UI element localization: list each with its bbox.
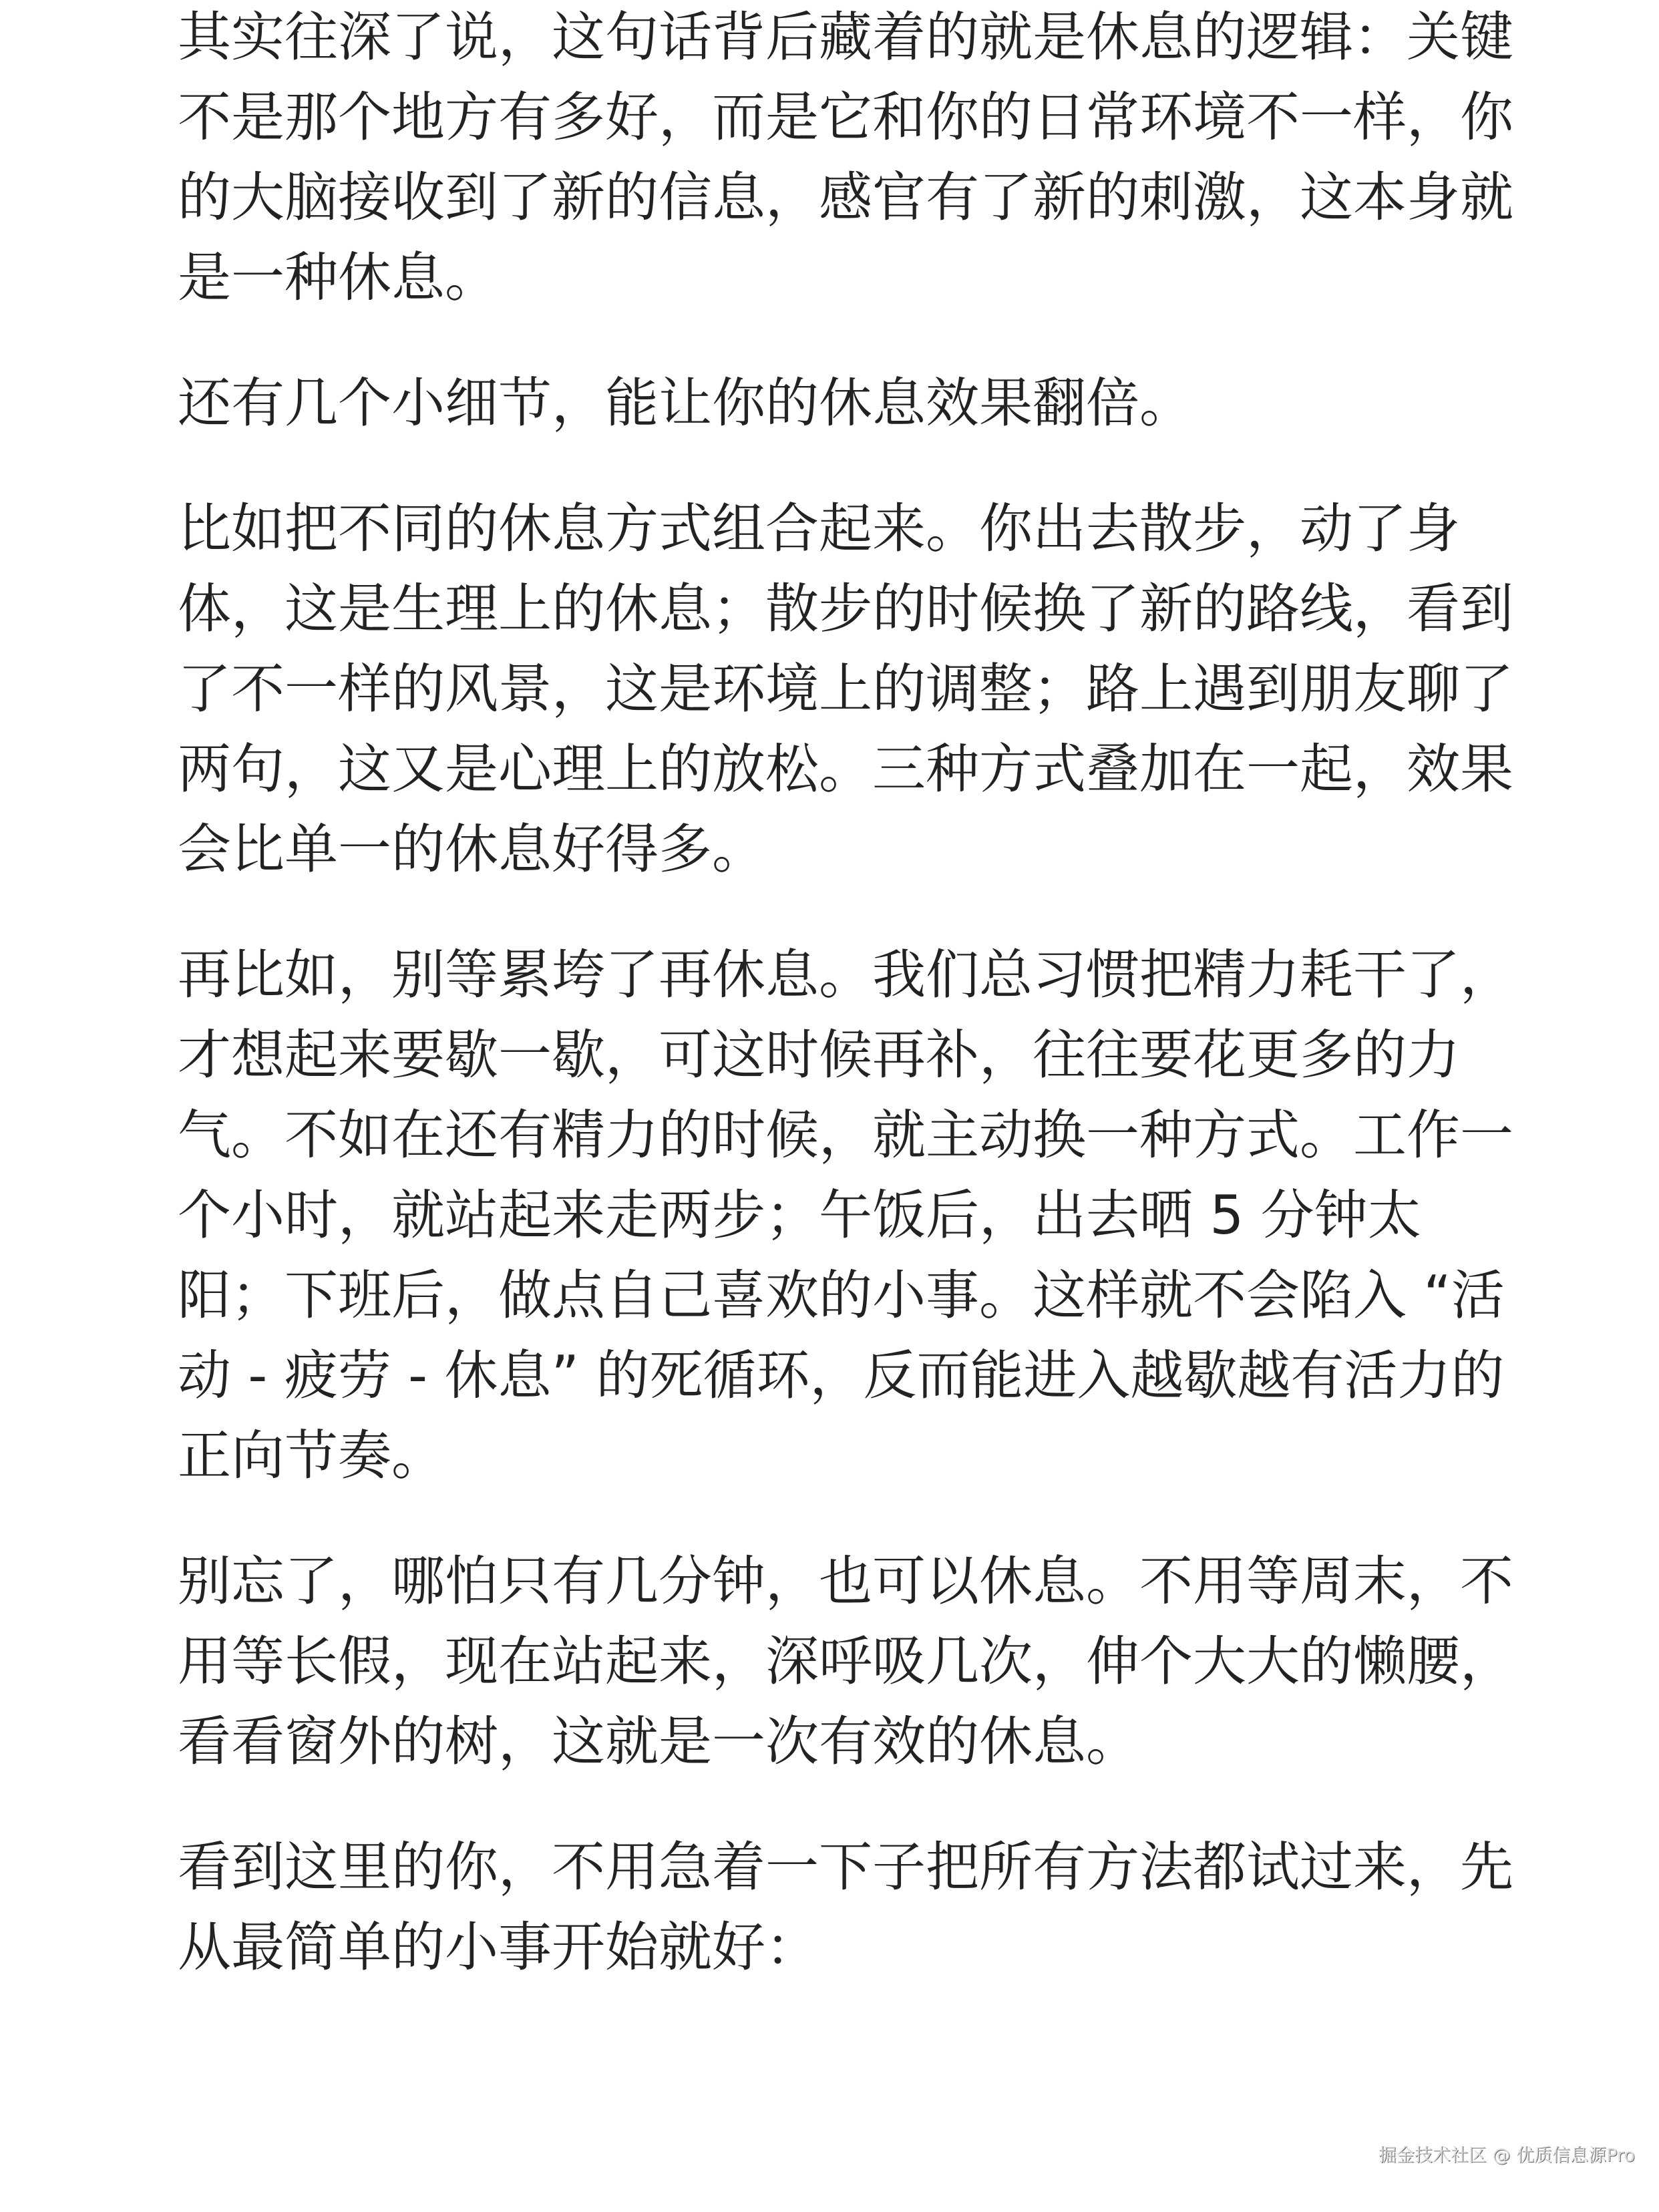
text-line: 会比单一的休息好得多。 [178, 809, 1520, 890]
text-line: 比如把不同的休息方式组合起来。你出去散步，动了身 [178, 489, 1520, 569]
text-line: 了不一样的风景，这是环境上的调整；路上遇到朋友聊了 [178, 649, 1520, 729]
text-line: 个小时，就站起来走两步；午饭后，出去晒 5 分钟太 [178, 1175, 1520, 1256]
text-line: 才想起来要歇一歇，可这时候再补，往往要花更多的力 [178, 1015, 1520, 1095]
text-line: 别忘了，哪怕只有几分钟，也可以休息。不用等周末，不 [178, 1541, 1520, 1622]
article-body: 其实往深了说，这句话背后藏着的就是休息的逻辑：关键 不是那个地方有多好，而是它和… [178, 0, 1520, 2033]
text-line: 看到这里的你，不用急着一下子把所有方法都试过来，先 [178, 1827, 1520, 1907]
text-line: 两句，这又是心理上的放松。三种方式叠加在一起，效果 [178, 729, 1520, 809]
paragraph-rest-logic: 其实往深了说，这句话背后藏着的就是休息的逻辑：关键 不是那个地方有多好，而是它和… [178, 0, 1520, 318]
paragraph-few-minutes: 别忘了，哪怕只有几分钟，也可以休息。不用等周末，不 用等长假，现在站起来，深呼吸… [178, 1541, 1520, 1782]
text-line: 动 - 疲劳 - 休息” 的死循环，反而能进入越歇越有活力的 [178, 1336, 1520, 1416]
paragraph-start-simple: 看到这里的你，不用急着一下子把所有方法都试过来，先 从最简单的小事开始就好： [178, 1827, 1520, 1988]
text-line: 从最简单的小事开始就好： [178, 1907, 1520, 1988]
text-line: 用等长假，现在站起来，深呼吸几次，伸个大大的懒腰， [178, 1622, 1520, 1702]
text-line: 正向节奏。 [178, 1416, 1520, 1496]
paragraph-combine-methods: 比如把不同的休息方式组合起来。你出去散步，动了身 体，这是生理上的休息；散步的时… [178, 489, 1520, 890]
text-line: 的大脑接收到了新的信息，感官有了新的刺激，这本身就 [178, 158, 1520, 238]
text-line: 阳；下班后，做点自己喜欢的小事。这样就不会陷入 “活 [178, 1256, 1520, 1336]
text-line: 气。不如在还有精力的时候，就主动换一种方式。工作一 [178, 1095, 1520, 1175]
text-line: 再比如，别等累垮了再休息。我们总习惯把精力耗干了， [178, 935, 1520, 1015]
text-line: 其实往深了说，这句话背后藏着的就是休息的逻辑：关键 [178, 0, 1520, 77]
text-line: 看看窗外的树，这就是一次有效的休息。 [178, 1702, 1520, 1782]
text-line: 是一种休息。 [178, 238, 1520, 318]
paragraph-small-details: 还有几个小细节，能让你的休息效果翻倍。 [178, 363, 1520, 443]
text-line: 体，这是生理上的休息；散步的时候换了新的路线，看到 [178, 569, 1520, 649]
text-line: 不是那个地方有多好，而是它和你的日常环境不一样，你 [178, 77, 1520, 158]
paragraph-rest-early: 再比如，别等累垮了再休息。我们总习惯把精力耗干了， 才想起来要歇一歇，可这时候再… [178, 935, 1520, 1496]
text-line: 还有几个小细节，能让你的休息效果翻倍。 [178, 363, 1520, 443]
watermark: 掘金技术社区 @ 优质信息源Pro [1378, 2145, 1635, 2167]
